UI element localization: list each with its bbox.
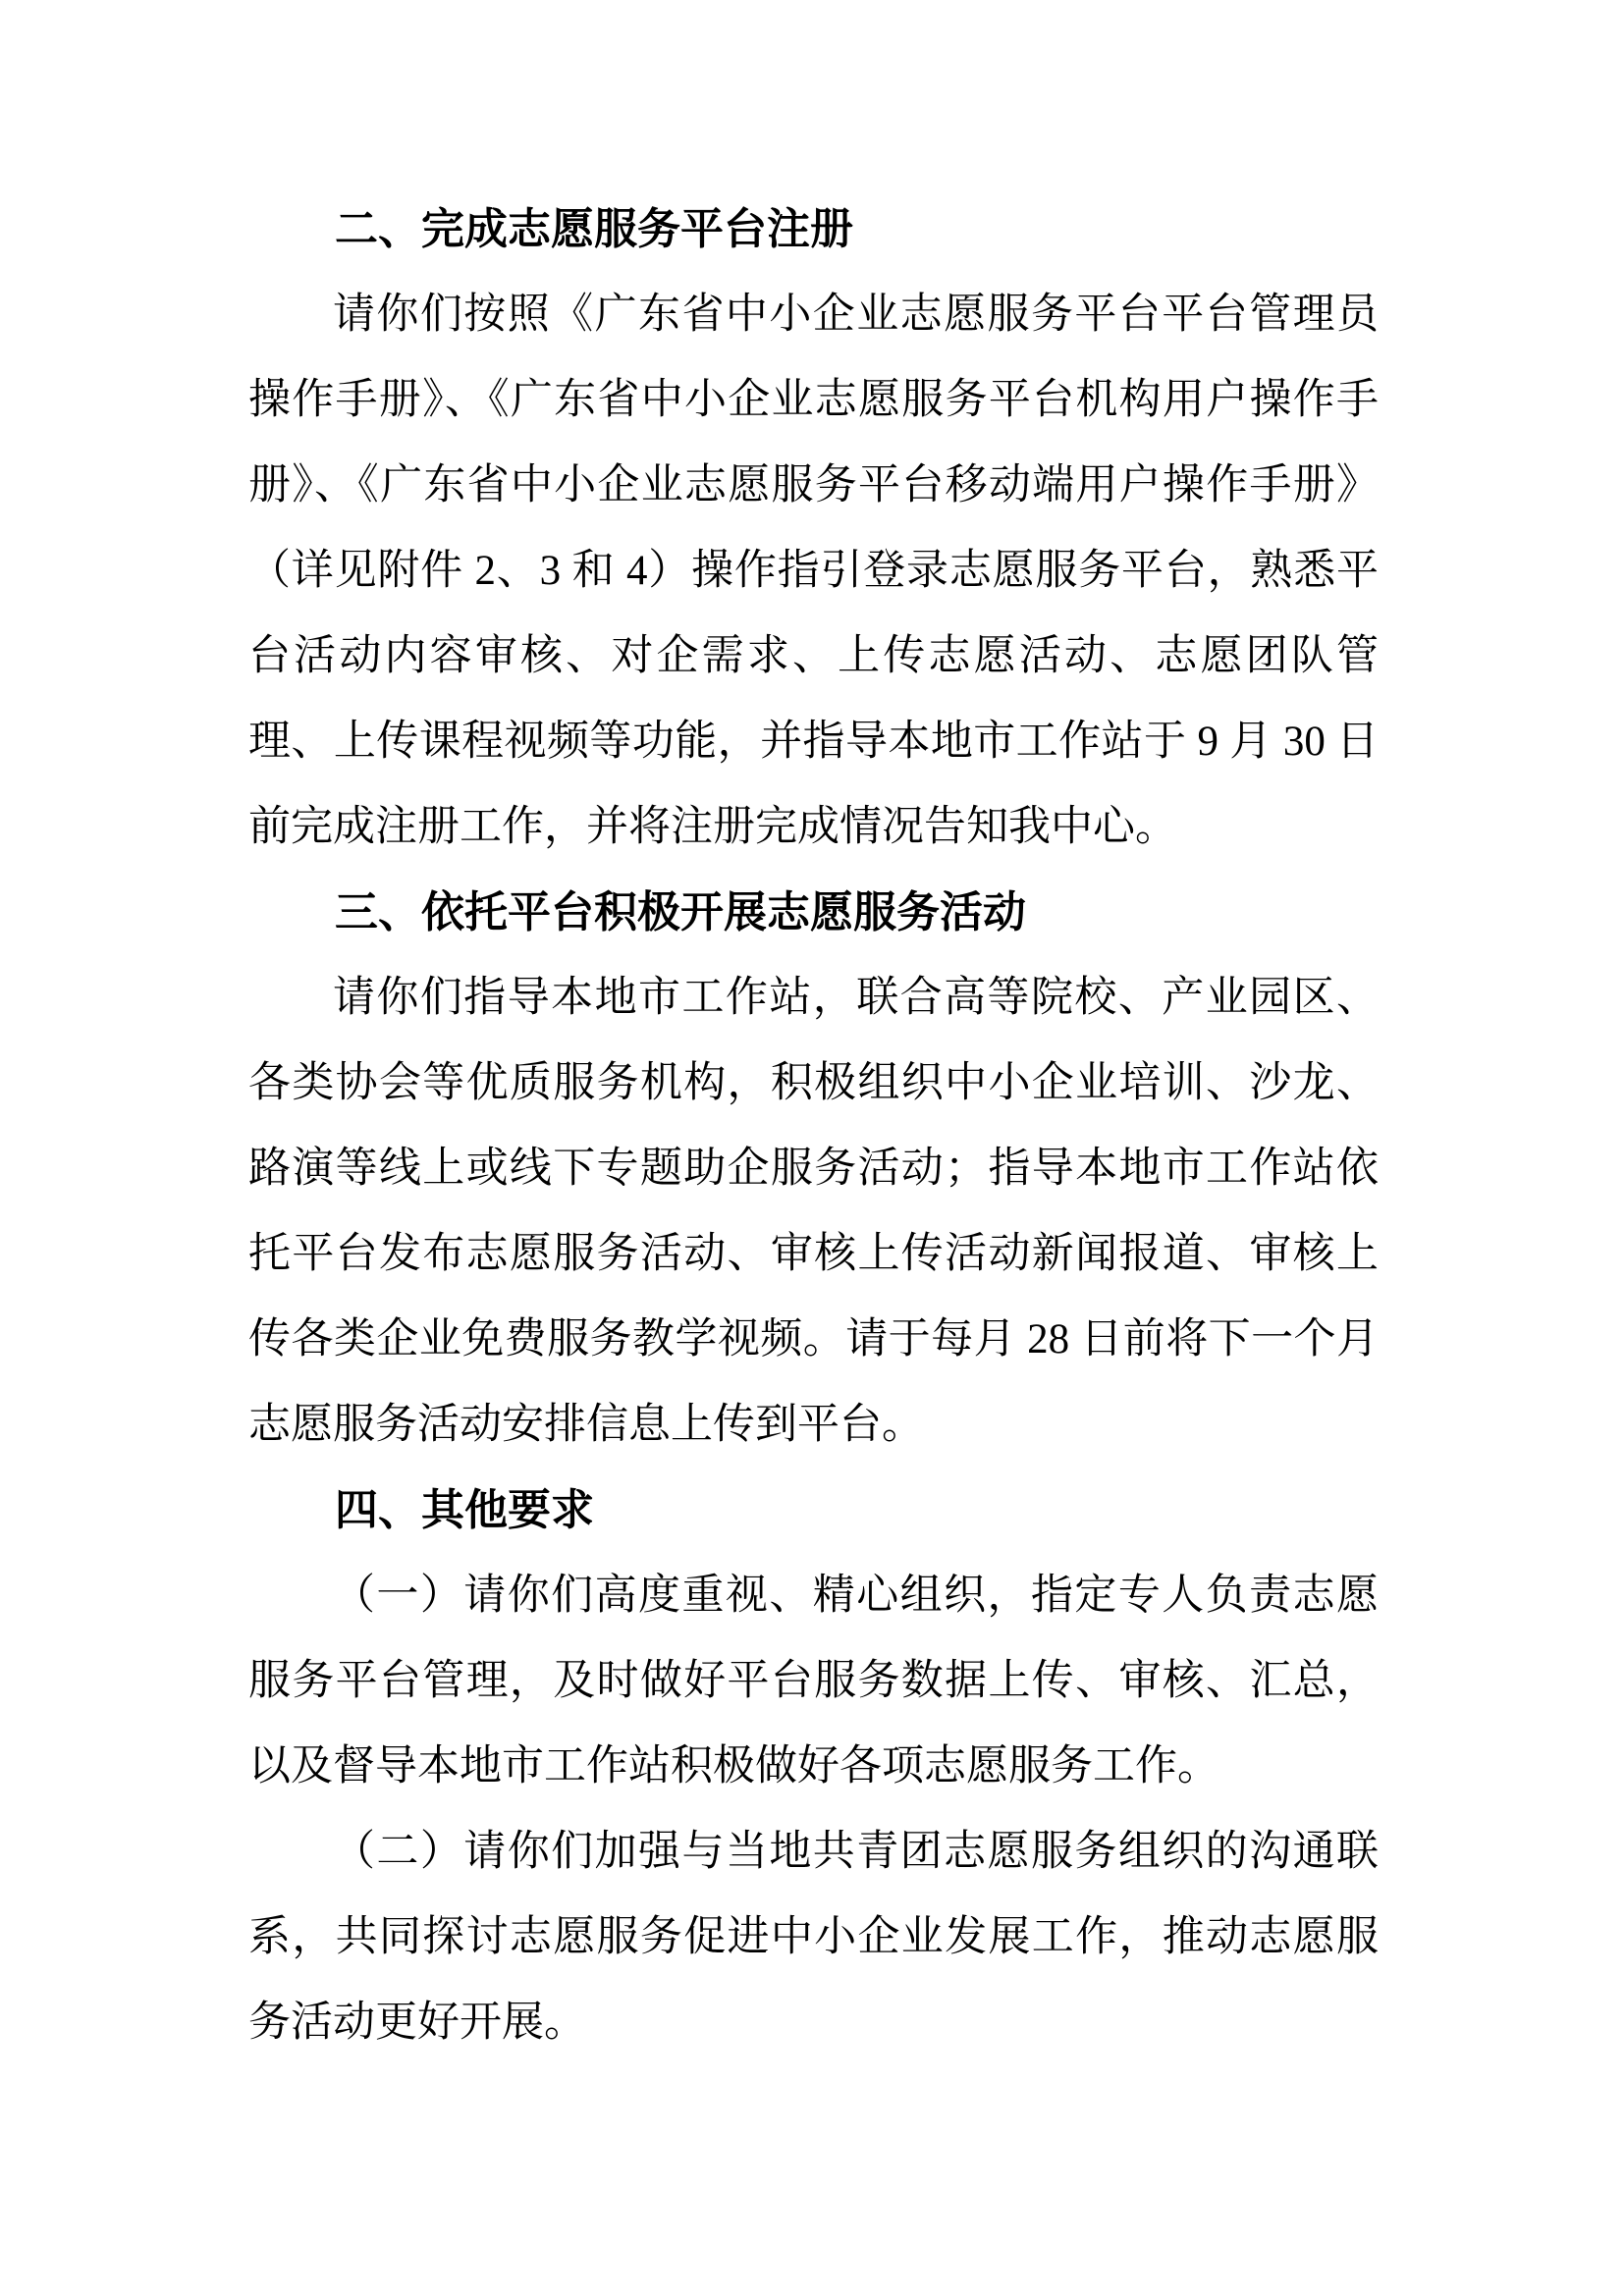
section-heading-other-requirements: 四、其他要求 xyxy=(248,1468,1379,1553)
paragraph-platform-registration: 请你们按照《广东省中小企业志愿服务平台平台管理员操作手册》、《广东省中小企业志愿… xyxy=(248,272,1379,870)
section-heading-volunteer-activities: 三、依托平台积极开展志愿服务活动 xyxy=(248,870,1379,955)
document-body: 二、完成志愿服务平台注册 请你们按照《广东省中小企业志愿服务平台平台管理员操作手… xyxy=(248,187,1379,2065)
section-heading-platform-registration: 二、完成志愿服务平台注册 xyxy=(248,187,1379,272)
paragraph-other-requirements-item2: （二）请你们加强与当地共青团志愿服务组织的沟通联系，共同探讨志愿服务促进中小企业… xyxy=(248,1809,1379,2065)
paragraph-volunteer-activities: 请你们指导本地市工作站，联合高等院校、产业园区、各类协会等优质服务机构，积极组织… xyxy=(248,955,1379,1468)
document-page: 二、完成志愿服务平台注册 请你们按照《广东省中小企业志愿服务平台平台管理员操作手… xyxy=(0,0,1624,2296)
paragraph-other-requirements-item1: （一）请你们高度重视、精心组织，指定专人负责志愿服务平台管理，及时做好平台服务数… xyxy=(248,1553,1379,1809)
